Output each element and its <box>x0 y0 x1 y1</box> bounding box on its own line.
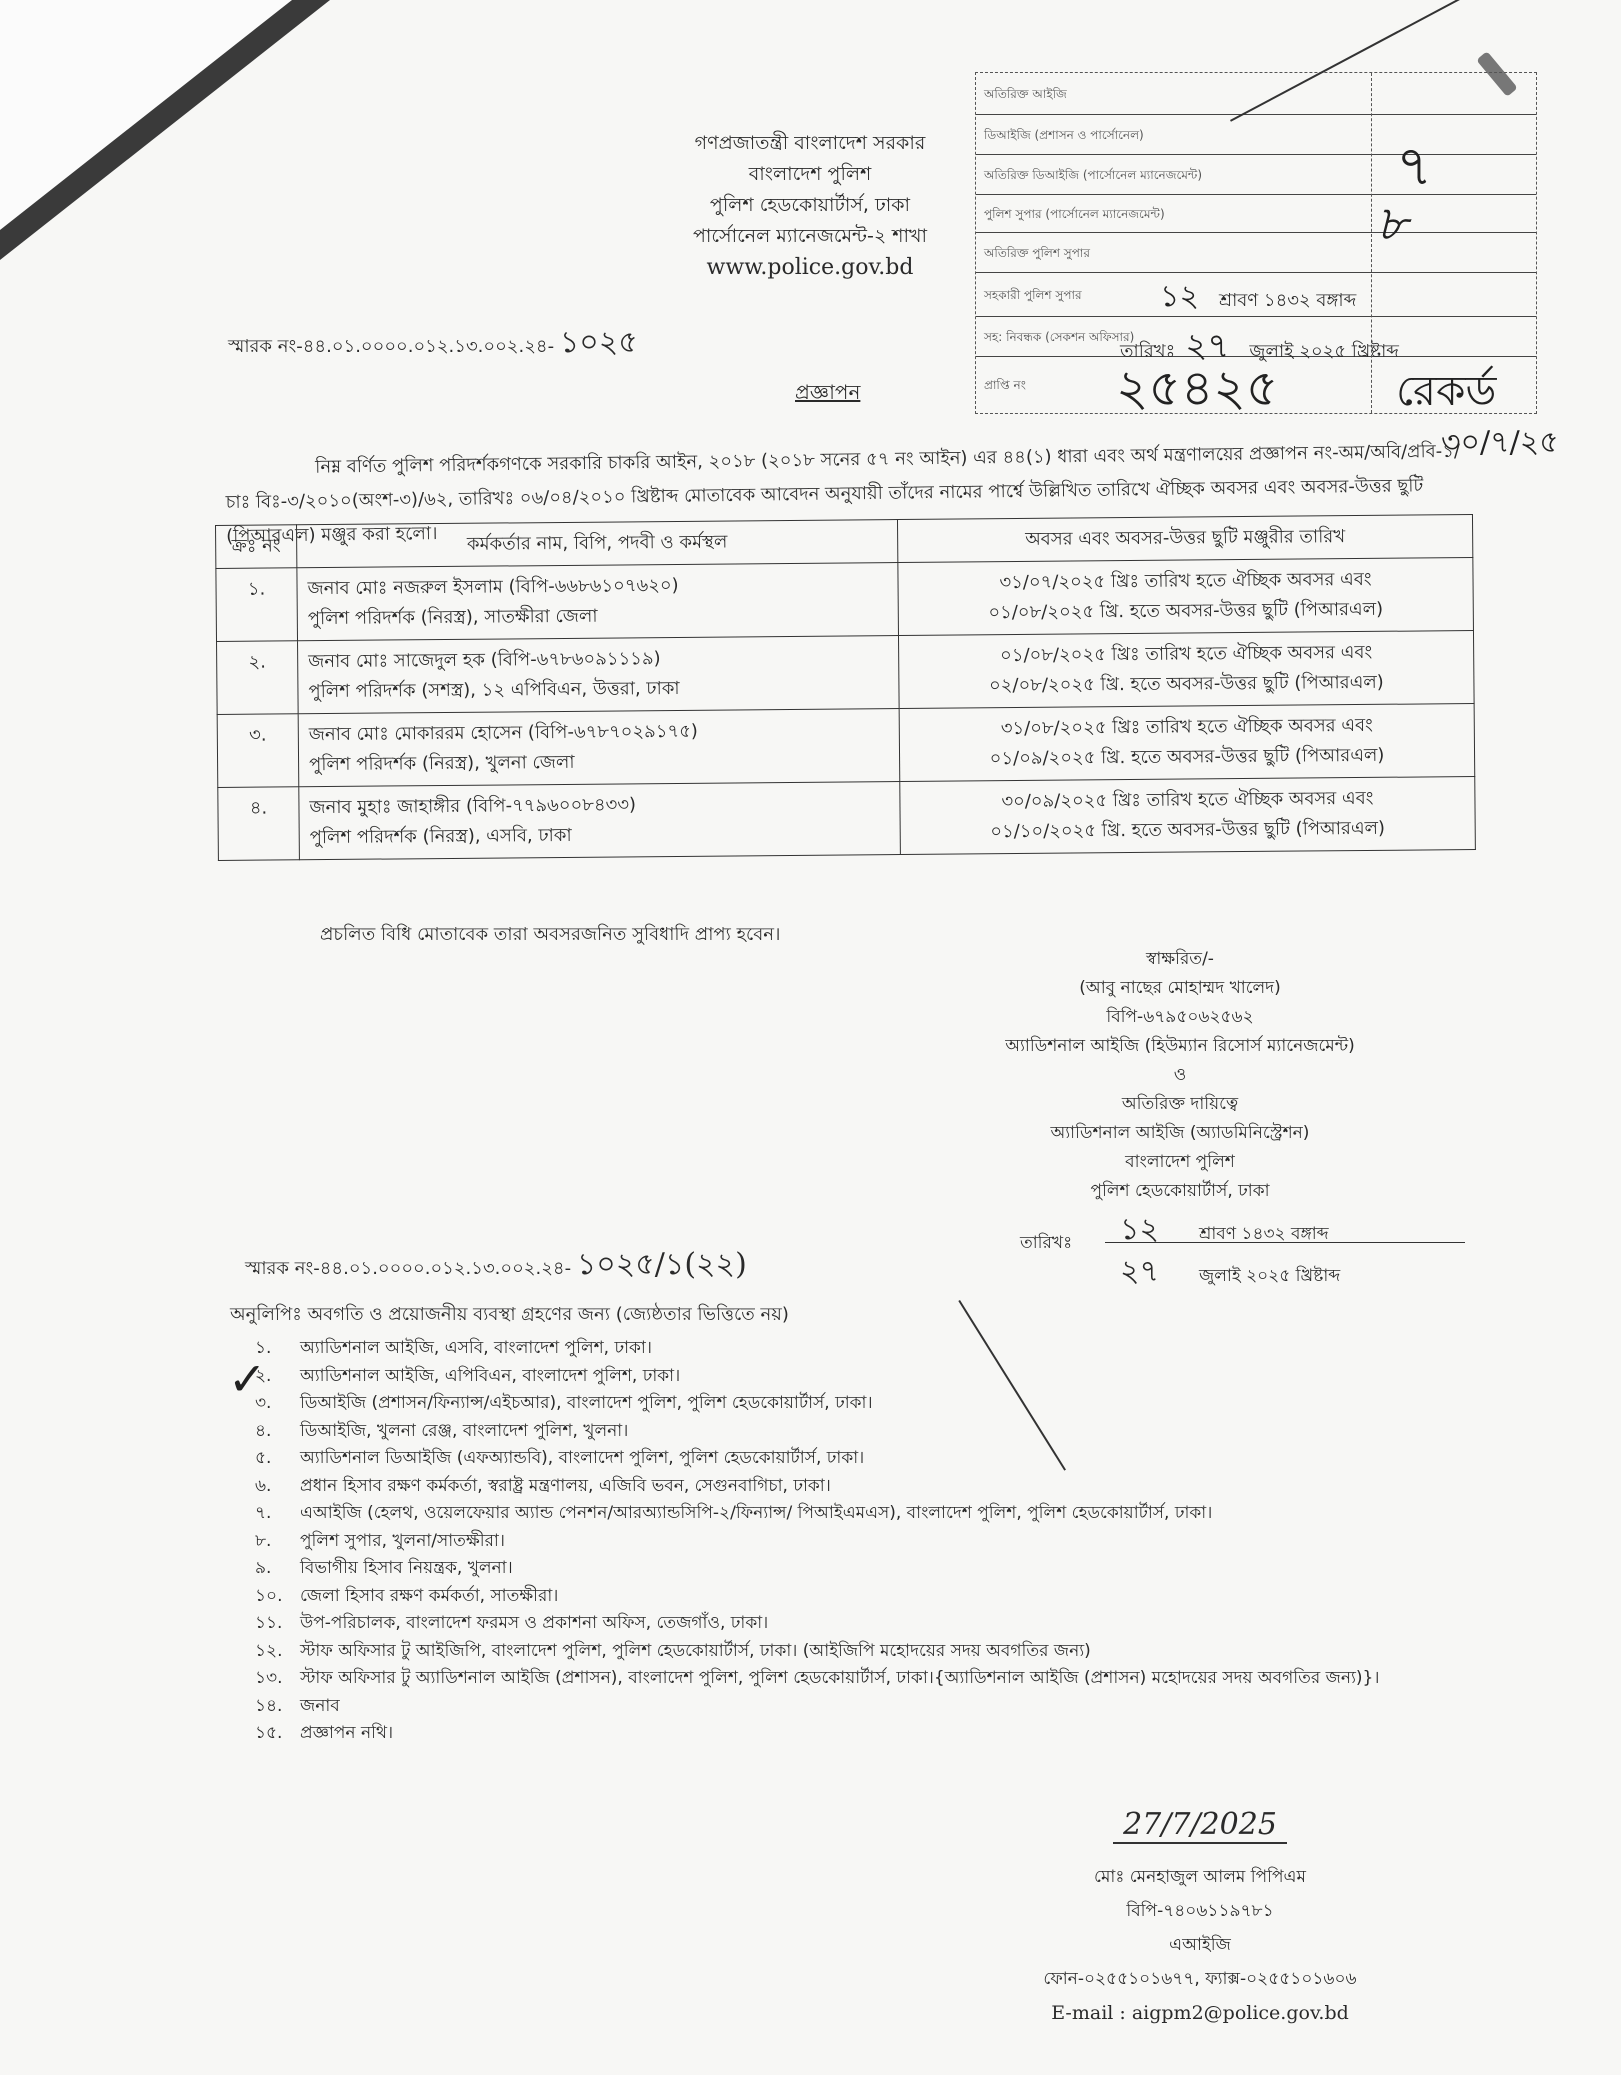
signatory-line: ও <box>880 1061 1480 1090</box>
list-text: প্রধান হিসাব রক্ষণ কর্মকর্তা, স্বরাষ্ট্র… <box>300 1473 1455 1501</box>
cell-officer: জনাব মোঃ মোকাররম হোসেন (বিপি-৬৭৮৭০২৯১৭৫)… <box>298 709 900 787</box>
signatory-line: স্বাক্ষরিত/- <box>880 945 1480 974</box>
list-item: ১৩.স্টাফ অফিসার টু অ্যাডিশনাল আইজি (প্রশ… <box>255 1665 1455 1693</box>
page-corner-fold <box>0 0 292 230</box>
cell-serial: ১. <box>216 568 298 642</box>
list-item: ৬.প্রধান হিসাব রক্ষণ কর্মকর্তা, স্বরাষ্ট… <box>255 1473 1455 1501</box>
stamp-row: অতিরিক্ত আইজি <box>976 73 1536 115</box>
list-text: বিভাগীয় হিসাব নিয়ন্ত্রক, খুলনা। <box>300 1555 1455 1583</box>
signatory-designation: অ্যাডিশনাল আইজি (হিউম্যান রিসোর্স ম্যানে… <box>880 1032 1480 1061</box>
stamp-row: অতিরিক্ত পুলিশ সুপার <box>976 233 1536 273</box>
list-item: ৯.বিভাগীয় হিসাব নিয়ন্ত্রক, খুলনা। <box>255 1555 1455 1583</box>
signatory-bp: বিপি-৬৭৯৫০৬২৫৬২ <box>880 1003 1480 1032</box>
cell-date: ৩১/০৭/২০২৫ খ্রিঃ তারিখ হতে ঐচ্ছিক অবসর এ… <box>898 558 1474 636</box>
signatory-name: (আবু নাছের মোহাম্মদ খালেদ) <box>880 974 1480 1003</box>
list-text: ডিআইজি (প্রশাসন/ফিন্যান্স/এইচআর), বাংলাদ… <box>300 1390 1455 1418</box>
cell-officer: জনাব মোঃ সাজেদুল হক (বিপি-৬৭৮৬০৯১১১৯)পুল… <box>298 636 900 714</box>
list-number: ১০. <box>255 1583 300 1611</box>
list-item: ১২.স্টাফ অফিসার টু আইজিপি, বাংলাদেশ পুলি… <box>255 1638 1455 1666</box>
list-number: ৯. <box>255 1555 300 1583</box>
list-number: ৭. <box>255 1500 300 1528</box>
cell-serial: ৩. <box>217 714 299 788</box>
stamp-row: পুলিশ সুপার (পার্সোনেল ম্যানেজমেন্ট) <box>976 195 1536 233</box>
list-text: স্টাফ অফিসার টু আইজিপি, বাংলাদেশ পুলিশ, … <box>300 1638 1455 1666</box>
list-number: ৮. <box>255 1528 300 1556</box>
signer-contact: ফোন-০২৫৫১০১৬৭৭, ফ্যাক্স-০২৫৫১০১৬০৬ <box>960 1962 1440 1996</box>
signer-bp: বিপি-৭৪০৬১১৯৭৮১ <box>960 1894 1440 1928</box>
cell-date: ৩১/০৮/২০২৫ খ্রিঃ তারিখ হতে ঐচ্ছিক অবসর এ… <box>899 704 1475 782</box>
date-line: ৩১/০৭/২০২৫ খ্রিঃ তারিখ হতে ঐচ্ছিক অবসর এ… <box>908 564 1462 599</box>
signer-designation: এআইজি <box>960 1928 1440 1962</box>
list-text: স্টাফ অফিসার টু অ্যাডিশনাল আইজি (প্রশাসন… <box>300 1665 1455 1693</box>
stamp-handwritten-mark: ৮ <box>1376 188 1407 267</box>
table-row: ৪.জনাব মুহাঃ জাহাঙ্গীর (বিপি-৭৭৯৬০০৮৪৩৩)… <box>218 777 1476 861</box>
cell-serial: ৪. <box>218 787 300 861</box>
list-item: ২.অ্যাডিশনাল আইজি, এপিবিএন, বাংলাদেশ পুল… <box>255 1363 1455 1391</box>
list-number: ১৪. <box>255 1693 300 1721</box>
list-item: ১৪.জনাব <box>255 1693 1455 1721</box>
date-line: ০১/০৮/২০২৫ খ্রিঃ তারিখ হতে ঐচ্ছিক অবসর এ… <box>909 637 1463 672</box>
list-text: অ্যাডিশনাল আইজি, এপিবিএন, বাংলাদেশ পুলিশ… <box>300 1363 1455 1391</box>
date-line: ০১/০৮/২০২৫ খ্রি. হতে অবসর-উত্তর ছুটি (পি… <box>909 594 1463 629</box>
date-line: ০২/০৮/২০২৫ খ্রি. হতে অবসর-উত্তর ছুটি (পি… <box>909 667 1463 702</box>
list-item: ৫.অ্যাডিশনাল ডিআইজি (এফঅ্যান্ডবি), বাংলা… <box>255 1445 1455 1473</box>
stamp-date-greg: তারিখঃ২৭জুলাই ২০২৫ খ্রিষ্টাব্দ <box>1120 320 1399 377</box>
cell-officer: জনাব মুহাঃ জাহাঙ্গীর (বিপি-৭৭৯৬০০৮৪৩৩)পু… <box>299 782 901 860</box>
list-item: ১৫.প্রজ্ঞাপন নথি। <box>255 1720 1455 1748</box>
list-number: ৬. <box>255 1473 300 1501</box>
date-label: তারিখঃ <box>1020 1230 1072 1258</box>
list-number: ৫. <box>255 1445 300 1473</box>
list-text: অ্যাডিশনাল ডিআইজি (এফঅ্যান্ডবি), বাংলাদে… <box>300 1445 1455 1473</box>
list-item: ১০.জেলা হিসাব রক্ষণ কর্মকর্তা, সাতক্ষীরা… <box>255 1583 1455 1611</box>
list-item: ৭.এআইজি (হেলথ, ওয়েলফেয়ার অ্যান্ড পেনশন… <box>255 1500 1455 1528</box>
list-item: ১১.উপ-পরিচালক, বাংলাদেশ ফরমস ও প্রকাশনা … <box>255 1610 1455 1638</box>
page-title: প্রজ্ঞাপন <box>795 378 860 411</box>
list-number: ১৫. <box>255 1720 300 1748</box>
memo-number: স্মারক নং-৪৪.০১.০০০০.০১২.১৩.০০২.২৪- ১০২৫ <box>228 318 638 369</box>
table-row: ১.জনাব মোঃ নজরুল ইসলাম (বিপি-৬৬৮৬১০৭৬২০)… <box>216 558 1474 642</box>
copy-to-heading: অনুলিপিঃ অবগতি ও প্রয়োজনীয় ব্যবস্থা গ্… <box>230 1300 789 1331</box>
list-item: ৩.ডিআইজি (প্রশাসন/ফিন্যান্স/এইচআর), বাংল… <box>255 1390 1455 1418</box>
date-line: ৩০/০৯/২০২৫ খ্রিঃ তারিখ হতে ঐচ্ছিক অবসর এ… <box>910 783 1464 818</box>
date-line: ৩১/০৮/২০২৫ খ্রিঃ তারিখ হতে ঐচ্ছিক অবসর এ… <box>910 710 1464 745</box>
cell-date: ০১/০৮/২০২৫ খ্রিঃ তারিখ হতে ঐচ্ছিক অবসর এ… <box>898 631 1474 709</box>
signatory-line: অতিরিক্ত দায়িত্বে <box>880 1090 1480 1119</box>
stamp-row: ডিআইজি (প্রশাসন ও পার্সোনেল) <box>976 115 1536 155</box>
list-item: ১.অ্যাডিশনাল আইজি, এসবি, বাংলাদেশ পুলিশ,… <box>255 1335 1455 1363</box>
date-line: ০১/০৯/২০২৫ খ্রি. হতে অবসর-উত্তর ছুটি (পি… <box>910 740 1464 775</box>
memo-handwritten-number: ১০২৫/১(২২) <box>577 1247 747 1282</box>
copy-to-list: ১.অ্যাডিশনাল আইজি, এসবি, বাংলাদেশ পুলিশ,… <box>255 1335 1455 1748</box>
column-header-date: অবসর এবং অবসর-উত্তর ছুটি মঞ্জুরীর তারিখ <box>897 515 1472 563</box>
date-gregorian: ২৭জুলাই ২০২৫ খ্রিষ্টাব্দ <box>1120 1247 1340 1298</box>
list-text: এআইজি (হেলথ, ওয়েলফেয়ার অ্যান্ড পেনশন/আ… <box>300 1500 1455 1528</box>
officer-post: পুলিশ পরিদর্শক (সশস্ত্র), ১২ এপিবিএন, উত… <box>308 672 888 707</box>
table-row: ৩.জনাব মোঃ মোকাররম হোসেন (বিপি-৬৭৮৭০২৯১৭… <box>217 704 1475 788</box>
table-row: ২.জনাব মোঃ সাজেদুল হক (বিপি-৬৭৮৬০৯১১১৯)প… <box>217 631 1475 715</box>
memo-number-copy: স্মারক নং-৪৪.০১.০০০০.০১২.১৩.০০২.২৪- ১০২৫… <box>245 1240 747 1291</box>
handwritten-signature: 27/7/2025 <box>960 1790 1440 1860</box>
column-header-officer: কর্মকর্তার নাম, বিপি, পদবী ও কর্মস্থল <box>297 520 898 568</box>
stamp-row: অতিরিক্ত ডিআইজি (পার্সোনেল ম্যানেজমেন্ট) <box>976 155 1536 195</box>
list-text: ডিআইজি, খুলনা রেঞ্জ, বাংলাদেশ পুলিশ, খুল… <box>300 1418 1455 1446</box>
list-item: ৮.পুলিশ সুপার, খুলনা/সাতক্ষীরা। <box>255 1528 1455 1556</box>
officer-post: পুলিশ পরিদর্শক (নিরস্ত্র), এসবি, ঢাকা <box>310 818 890 853</box>
list-number: ১৩. <box>255 1665 300 1693</box>
retirement-table: ক্রঃ নং কর্মকর্তার নাম, বিপি, পদবী ও কর্… <box>215 514 1476 861</box>
signer-email: E-mail : aigpm2@police.gov.bd <box>960 1996 1440 2030</box>
signer-block: 27/7/2025 মোঃ মেনহাজুল আলম পিপিএম বিপি-৭… <box>960 1790 1440 2030</box>
date-line: ০১/১০/২০২৫ খ্রি. হতে অবসর-উত্তর ছুটি (পি… <box>911 813 1465 848</box>
stamp-date-bangla: ১২শ্রাবণ ১৪৩২ বঙ্গাব্দ <box>1160 272 1356 323</box>
list-text: অ্যাডিশনাল আইজি, এসবি, বাংলাদেশ পুলিশ, ঢ… <box>300 1335 1455 1363</box>
signatory-block: স্বাক্ষরিত/- (আবু নাছের মোহাম্মদ খালেদ) … <box>880 945 1480 1206</box>
cell-date: ৩০/০৯/২০২৫ খ্রিঃ তারিখ হতে ঐচ্ছিক অবসর এ… <box>900 777 1476 855</box>
officer-post: পুলিশ পরিদর্শক (নিরস্ত্র), খুলনা জেলা <box>309 745 889 780</box>
list-item: ৪.ডিআইজি, খুলনা রেঞ্জ, বাংলাদেশ পুলিশ, খ… <box>255 1418 1455 1446</box>
list-text: পুলিশ সুপার, খুলনা/সাতক্ষীরা। <box>300 1528 1455 1556</box>
signer-name: মোঃ মেনহাজুল আলম পিপিএম <box>960 1860 1440 1894</box>
signatory-line: পুলিশ হেডকোয়ার্টার্স, ঢাকা <box>880 1177 1480 1206</box>
signatory-line: অ্যাডিশনাল আইজি (অ্যাডমিনিস্ট্রেশন) <box>880 1119 1480 1148</box>
list-text: প্রজ্ঞাপন নথি। <box>300 1720 1455 1748</box>
list-number: ১২. <box>255 1638 300 1666</box>
memo-handwritten-number: ১০২৫ <box>560 325 638 360</box>
column-header-serial: ক্রঃ নং <box>216 525 297 569</box>
list-number: ৪. <box>255 1418 300 1446</box>
list-text: উপ-পরিচালক, বাংলাদেশ ফরমস ও প্রকাশনা অফি… <box>300 1610 1455 1638</box>
cell-serial: ২. <box>217 641 299 715</box>
date-divider <box>1105 1242 1465 1243</box>
checkmark-icon: ✓ <box>228 1352 267 1406</box>
signatory-line: বাংলাদেশ পুলিশ <box>880 1148 1480 1177</box>
list-text: জনাব <box>300 1693 1455 1721</box>
benefit-note: প্রচলিত বিধি মোতাবেক তারা অবসরজনিত সুবিধ… <box>320 920 780 951</box>
cell-officer: জনাব মোঃ নজরুল ইসলাম (বিপি-৬৬৮৬১০৭৬২০)পু… <box>297 563 899 641</box>
officer-post: পুলিশ পরিদর্শক (নিরস্ত্র), সাতক্ষীরা জেল… <box>308 599 888 634</box>
list-number: ১১. <box>255 1610 300 1638</box>
list-text: জেলা হিসাব রক্ষণ কর্মকর্তা, সাতক্ষীরা। <box>300 1583 1455 1611</box>
